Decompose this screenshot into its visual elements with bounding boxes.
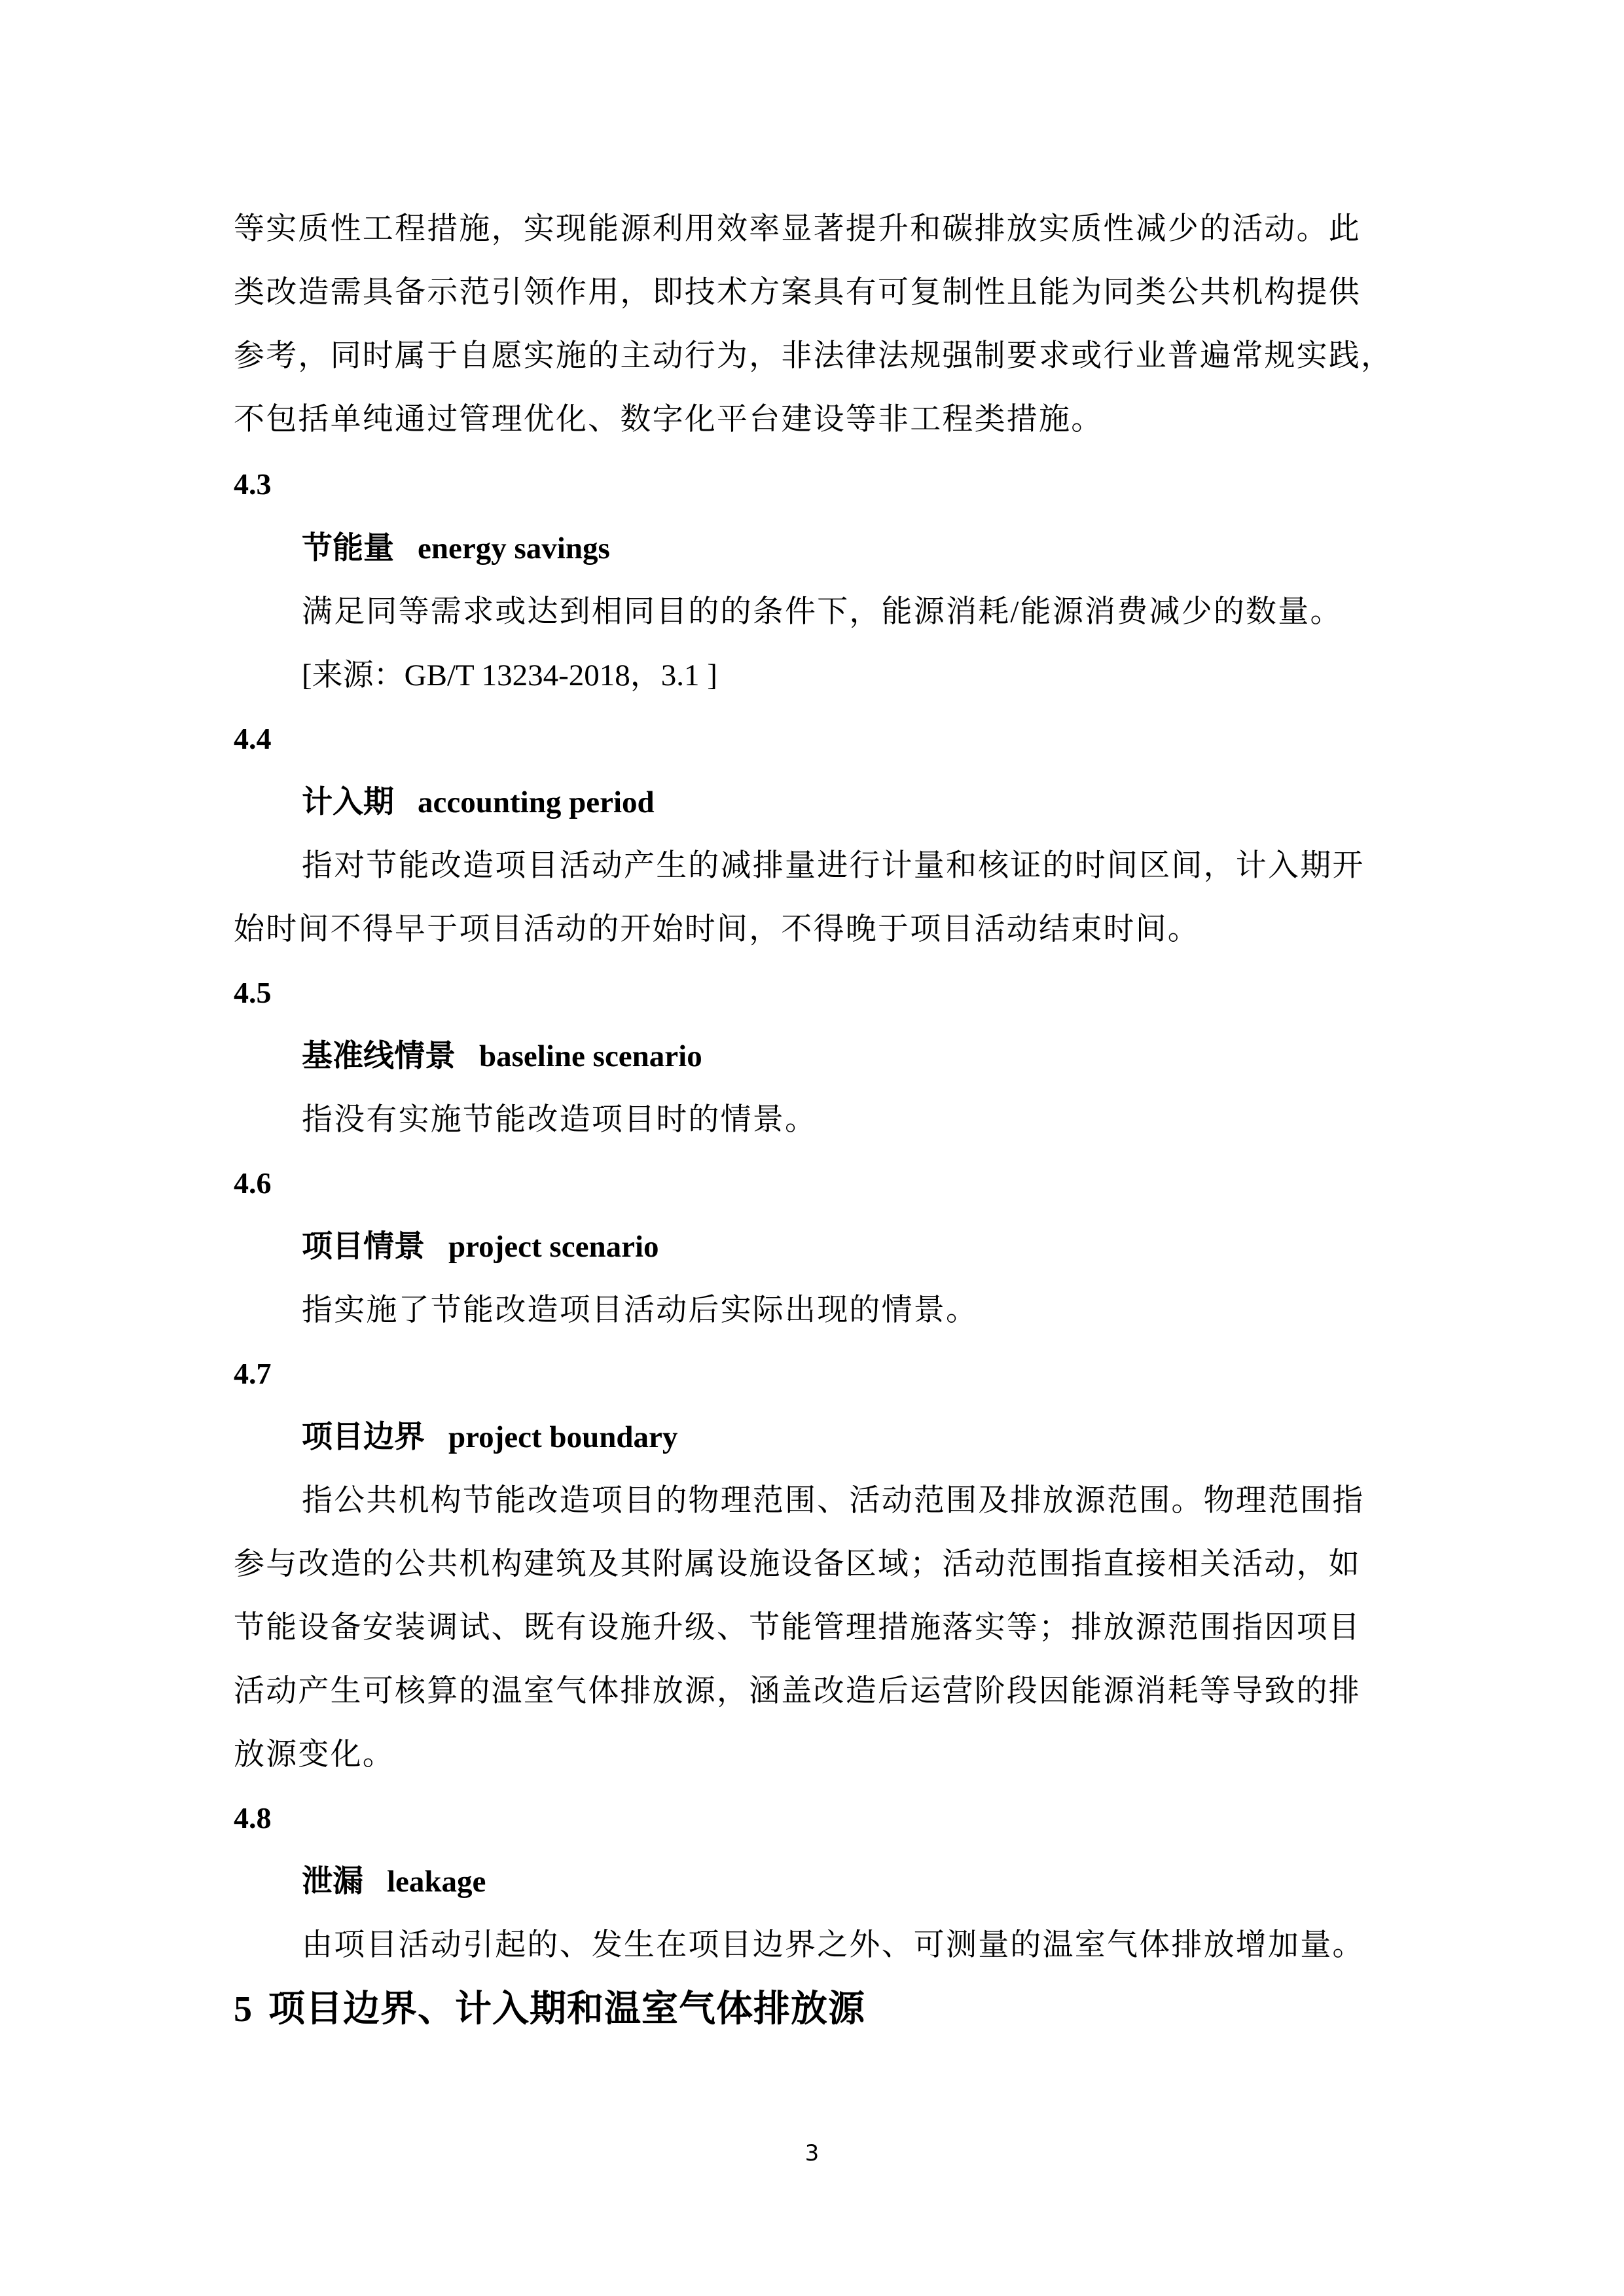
term-title: 计入期accounting period (302, 783, 655, 822)
term-en: project boundary (448, 1420, 677, 1454)
term-title: 项目边界project boundary (302, 1418, 677, 1457)
term-zh: 项目情景 (302, 1230, 425, 1264)
term-definition: 参与改造的公共机构建筑及其附属设施设备区域；活动范围指直接相关活动，如 (234, 1545, 1361, 1584)
page-number: 3 (0, 2140, 1624, 2166)
term-definition: 始时间不得早于项目活动的开始时间，不得晚于项目活动结束时间。 (234, 910, 1200, 949)
term-definition: 节能设备安装调试、既有设施升级、节能管理措施落实等；排放源范围指因项目 (234, 1608, 1361, 1647)
term-en: leakage (387, 1865, 486, 1899)
paragraph-line: 类改造需具备示范引领作用，即技术方案具有可复制性且能为同类公共机构提供 (234, 273, 1361, 312)
term-definition: 由项目活动引起的、发生在项目边界之外、可测量的温室气体排放增加量。 (302, 1926, 1365, 1965)
term-definition: 指公共机构节能改造项目的物理范围、活动范围及排放源范围。物理范围指 (302, 1481, 1365, 1520)
clause-number: 4.5 (234, 973, 272, 1013)
term-en: energy savings (418, 531, 610, 565)
clause-number: 4.3 (234, 465, 272, 504)
term-en: accounting period (418, 785, 655, 819)
section-number: 5 (234, 1989, 253, 2030)
section-title: 项目边界、计入期和温室气体排放源 (268, 1989, 865, 2030)
term-definition: 满足同等需求或达到相同目的的条件下，能源消耗/能源消费减少的数量。 (302, 592, 1343, 632)
term-title: 泄漏leakage (302, 1862, 486, 1901)
term-definition: 放源变化。 (234, 1735, 395, 1774)
term-source: [来源：GB/T 13234-2018，3.1 ] (302, 656, 717, 695)
paragraph-line: 参考，同时属于自愿实施的主动行为，非法律法规强制要求或行业普遍常规实践， (234, 336, 1393, 376)
term-zh: 计入期 (302, 785, 394, 819)
term-zh: 基准线情景 (302, 1039, 456, 1073)
term-en: project scenario (448, 1230, 659, 1264)
clause-number: 4.8 (234, 1799, 272, 1838)
paragraph-line: 等实质性工程措施，实现能源利用效率显著提升和碳排放实质性减少的活动。此 (234, 209, 1361, 249)
term-zh: 泄漏 (302, 1865, 363, 1899)
term-zh: 项目边界 (302, 1420, 425, 1454)
term-title: 节能量energy savings (302, 529, 610, 568)
term-title: 项目情景project scenario (302, 1227, 659, 1266)
term-definition: 活动产生可核算的温室气体排放源，涵盖改造后运营阶段因能源消耗等导致的排 (234, 1672, 1361, 1711)
term-definition: 指没有实施节能改造项目时的情景。 (302, 1100, 817, 1139)
term-title: 基准线情景baseline scenario (302, 1037, 702, 1076)
term-definition: 指对节能改造项目活动产生的减排量进行计量和核证的时间区间，计入期开 (302, 846, 1365, 886)
clause-number: 4.4 (234, 719, 272, 759)
term-en: baseline scenario (479, 1039, 702, 1073)
clause-number: 4.6 (234, 1164, 272, 1203)
clause-number: 4.7 (234, 1354, 272, 1393)
term-zh: 节能量 (302, 531, 394, 565)
paragraph-line: 不包括单纯通过管理优化、数字化平台建设等非工程类措施。 (234, 400, 1103, 439)
term-definition: 指实施了节能改造项目活动后实际出现的情景。 (302, 1291, 978, 1330)
section-heading: 5项目边界、计入期和温室气体排放源 (234, 1990, 865, 2029)
